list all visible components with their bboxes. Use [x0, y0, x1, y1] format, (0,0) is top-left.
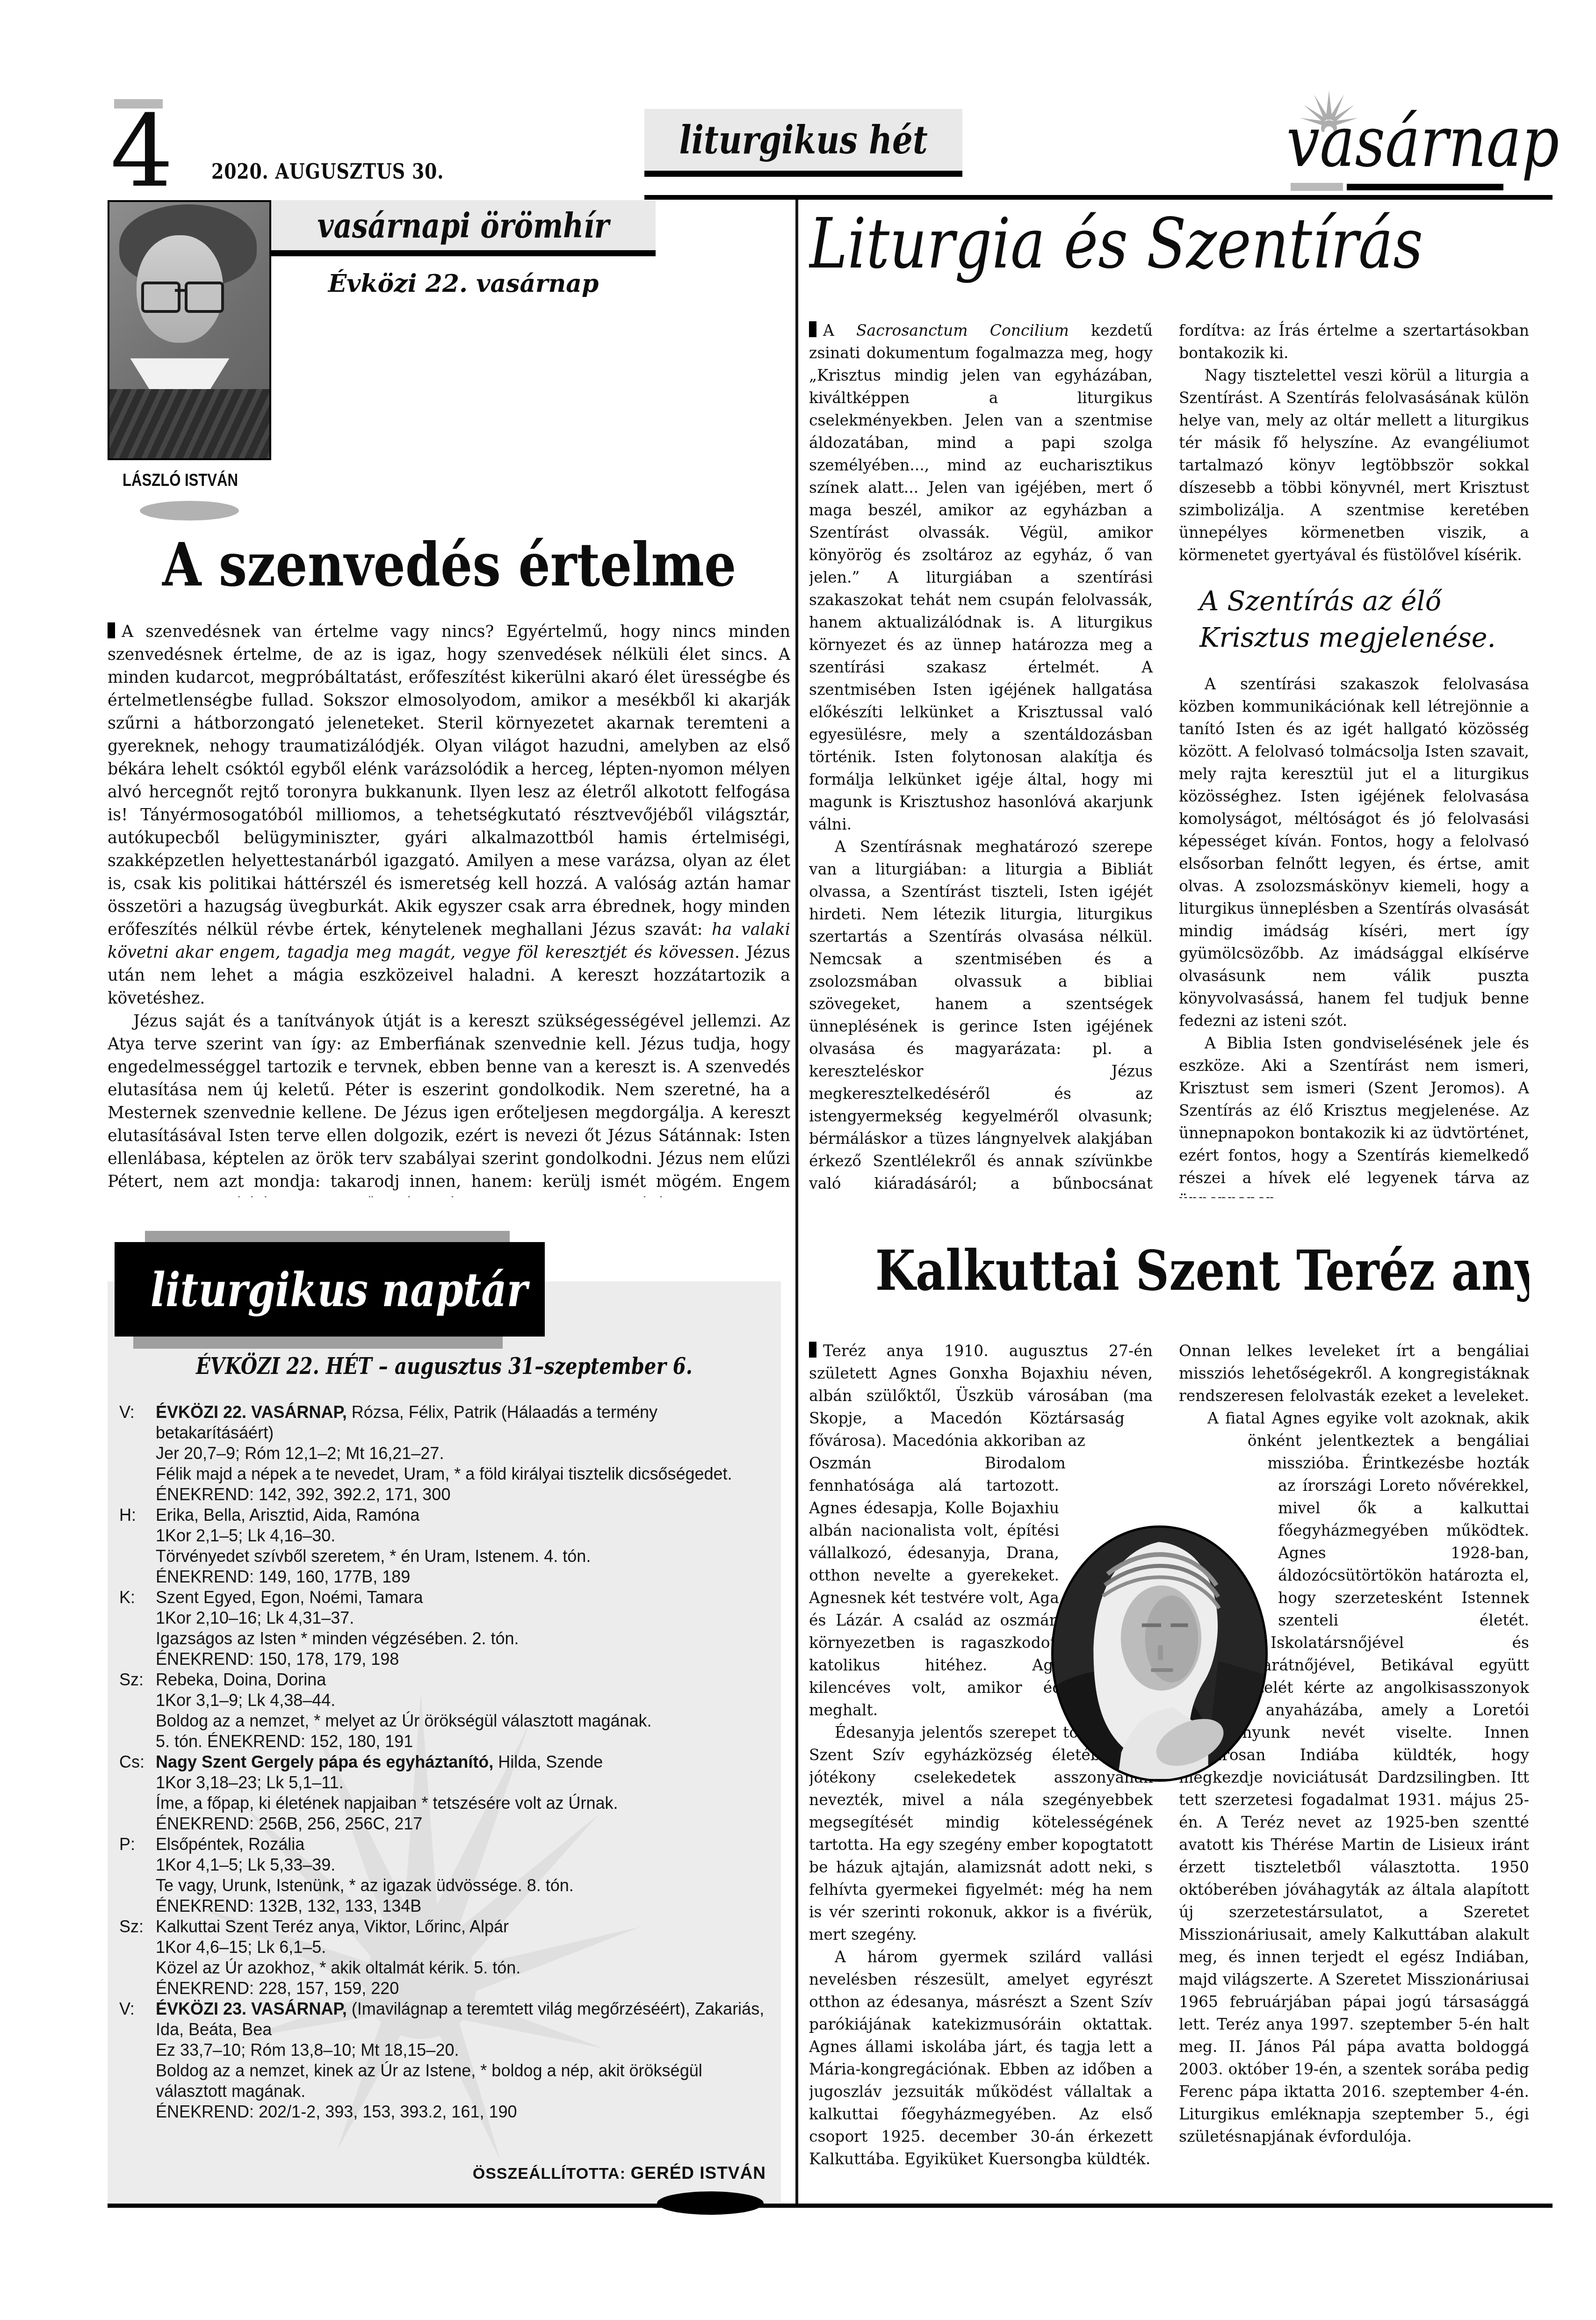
header-rule — [644, 195, 1553, 200]
day-label: Sz: — [119, 1670, 144, 1690]
responsory: Boldog az a nemzet, kinek az Úr az Isten… — [156, 2060, 769, 2102]
enekrend: ÉNEKREND: 202/1-2, 393, 153, 393.2, 161,… — [156, 2102, 769, 2122]
pull-quote: A Szentírás az élő Krisztus megjelenése. — [1179, 566, 1529, 673]
responsory: Te vagy, Urunk, Istenünk, * az igazak üd… — [156, 1875, 769, 1896]
calendar-entry: H: Erika, Bella, Arisztid, Aida, Ramóna … — [119, 1505, 769, 1587]
article-column: fordítva: az Írás értelme a szertartások… — [1179, 319, 1529, 1198]
paragraph-lead-icon — [809, 321, 816, 337]
responsory: Íme, a főpap, ki életének napjaiban * te… — [156, 1793, 769, 1814]
column-divider — [795, 200, 798, 2206]
article-paragraph: A Sacrosanctum Concilium kezdetű zsinati… — [809, 319, 1153, 836]
credit-name: GERÉD ISTVÁN — [630, 2163, 766, 2183]
article-paragraph: Nagy tisztelettel veszi körül a liturgia… — [1179, 364, 1529, 566]
article-column: A Sacrosanctum Concilium kezdetű zsinati… — [809, 319, 1153, 1198]
glasses-bridge — [175, 289, 186, 292]
calendar-entry: V: ÉVKÖZI 23. VASÁRNAP, (Imavilágnap a t… — [119, 1999, 769, 2122]
article-title: Liturgia és Szentírás — [809, 206, 1529, 282]
kicker-underline — [644, 171, 962, 177]
calendar-entry: K: Szent Egyed, Egon, Noémi, Tamara 1Kor… — [119, 1587, 769, 1670]
article-paragraph: A Biblia Isten gondviselésének jele és e… — [1179, 1032, 1529, 1198]
enekrend: ÉNEKREND: 228, 157, 159, 220 — [156, 1978, 769, 1999]
latin-title: Sacrosanctum Concilium — [856, 321, 1069, 340]
calendar-credit: ÖSSZEÁLLÍTOTTA: GERÉD ISTVÁN — [108, 2163, 766, 2183]
glasses-icon — [185, 282, 224, 313]
author-photo — [108, 200, 271, 460]
paragraph-lead-icon — [809, 1342, 816, 1358]
bottom-rule — [108, 2204, 1553, 2208]
calendar-entry: V: ÉVKÖZI 22. VASÁRNAP, Rózsa, Félix, Pa… — [119, 1402, 769, 1505]
readings: 1Kor 4,1–5; Lk 5,33–39. — [156, 1855, 769, 1875]
readings: 1Kor 2,10–16; Lk 4,31–37. — [156, 1608, 769, 1628]
article-paragraph: A három gyermek szilárd vallási nevelésb… — [809, 1946, 1153, 2170]
paragraph-lead-icon — [108, 622, 115, 638]
kicker-liturgikus-naptar: liturgikus naptár — [115, 1242, 545, 1337]
responsory: Közel az Úr azokhoz, * akik oltalmát kér… — [156, 1958, 769, 1978]
article-paragraph: A szentírási szakaszok felolvasása közbe… — [1179, 673, 1529, 1032]
calendar-entry: Cs: Nagy Szent Gergely pápa és egyháztan… — [119, 1752, 769, 1834]
enekrend: ÉNEKREND: 142, 392, 392.2, 171, 300 — [156, 1484, 769, 1505]
glasses-icon — [141, 282, 181, 313]
section-kicker: liturgikus hét — [644, 109, 962, 171]
day-label: V: — [119, 1999, 135, 2019]
enekrend: ÉNEKREND: 256B, 256, 256C, 217 — [156, 1814, 769, 1834]
newspaper-page: 4 2020. AUGUSZTUS 30. liturgikus hét vas… — [0, 0, 1596, 2320]
readings: 1Kor 2,1–5; Lk 4,16–30. — [156, 1525, 769, 1546]
calendar-week-heading: ÉVKÖZI 22. HÉT – augusztus 31–szeptember… — [122, 1353, 767, 1380]
enekrend: 5. tón. ÉNEKREND: 152, 180, 191 — [156, 1731, 769, 1752]
calendar-list: V: ÉVKÖZI 22. VASÁRNAP, Rózsa, Félix, Pa… — [119, 1402, 769, 2122]
article-suffering: LÁSZLÓ ISTVÁN vasárnapi örömhír Évközi 2… — [108, 200, 790, 1197]
article-column: Onnan lelkes leveleket írt a bengáliai m… — [1179, 1340, 1529, 2170]
day-label: Cs: — [119, 1752, 144, 1772]
article-paragraph: A szenvedésnek van értelme vagy nincs? E… — [108, 621, 790, 1010]
article-paragraph: fordítva: az Írás értelme a szertartások… — [1179, 319, 1529, 364]
article-paragraph: A Szentírásnak meghatározó szerepe van a… — [809, 836, 1153, 1198]
article-paragraph: Jézus saját és a tanítványok útját is a … — [108, 1010, 790, 1197]
author-caption: LÁSZLÓ ISTVÁN — [108, 469, 271, 491]
calendar-entry: P: Elsőpéntek, Rozália 1Kor 4,1–5; Lk 5,… — [119, 1834, 769, 1916]
responsory: Igazságos az Isten * minden végzésében. … — [156, 1628, 769, 1649]
masthead-title: vasárnap — [1235, 106, 1503, 180]
day-label: V: — [119, 1402, 135, 1423]
issue-date: 2020. AUGUSZTUS 30. — [211, 159, 488, 184]
corner-ellipse — [657, 2191, 764, 2215]
article-liturgy: Liturgia és Szentírás A Sacrosanctum Con… — [809, 206, 1529, 1198]
enekrend: ÉNEKREND: 132B, 132, 133, 134B — [156, 1896, 769, 1916]
masthead-underline-black — [1347, 184, 1503, 190]
day-label: H: — [119, 1505, 136, 1525]
enekrend: ÉNEKREND: 150, 178, 179, 198 — [156, 1649, 769, 1670]
responsory: Törvényedet szívből szeretem, * én Uram,… — [156, 1546, 769, 1567]
masthead-underline-gray — [1291, 183, 1343, 191]
day-label: P: — [119, 1834, 135, 1855]
readings: Jer 20,7–9; Róm 12,1–2; Mt 16,21–27. — [156, 1443, 769, 1464]
calendar-entry: Sz: Kalkuttai Szent Teréz anya, Viktor, … — [119, 1916, 769, 1999]
readings: 1Kor 3,18–23; Lk 5,1–11. — [156, 1772, 769, 1793]
page-number: 4 — [110, 102, 173, 201]
photo-sweater — [109, 389, 269, 458]
responsory: Félik majd a népek a te nevedet, Uram, *… — [156, 1464, 769, 1484]
day-label: Sz: — [119, 1916, 144, 1937]
decor-bar — [133, 1336, 503, 1349]
day-label: K: — [119, 1587, 135, 1608]
credit-label: ÖSSZEÁLLÍTOTTA: — [473, 2165, 626, 2183]
readings: 1Kor 3,1–9; Lk 4,38–44. — [156, 1690, 769, 1711]
readings: 1Kor 4,6–15; Lk 6,1–5. — [156, 1937, 769, 1958]
teresa-photo — [1051, 1525, 1268, 1782]
calendar-entry: Sz: Rebeka, Doina, Dorina 1Kor 3,1–9; Lk… — [119, 1670, 769, 1752]
responsory: Boldog az a nemzet, * melyet az Úr öröks… — [156, 1711, 769, 1731]
enekrend: ÉNEKREND: 149, 160, 177B, 189 — [156, 1567, 769, 1587]
decorative-ellipse — [140, 501, 239, 520]
readings: Ez 33,7–10; Róm 13,8–10; Mt 18,15–20. — [156, 2040, 769, 2060]
author-photo-block: LÁSZLÓ ISTVÁN — [108, 200, 271, 534]
article-title: Kalkuttai Szent Teréz anya — [809, 1242, 1529, 1300]
